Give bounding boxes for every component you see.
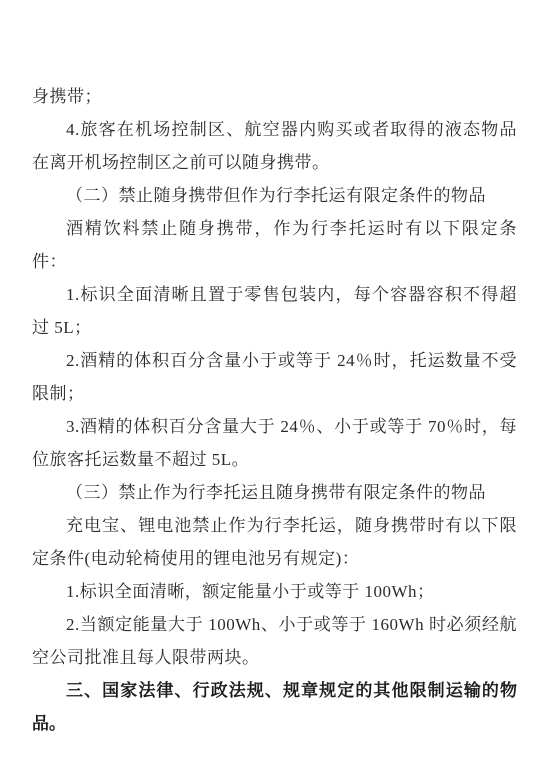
paragraph: 身携带； (32, 80, 517, 113)
document-body: 身携带；4.旅客在机场控制区、航空器内购买或者取得的液态物品在离开机场控制区之前… (32, 80, 517, 740)
paragraph: （二）禁止随身携带但作为行李托运有限定条件的物品 (32, 179, 517, 212)
paragraph: 3.酒精的体积百分含量大于 24％、小于或等于 70％时，每位旅客托运数量不超过… (32, 410, 517, 476)
paragraph: 1.标识全面清晰，额定能量小于或等于 100Wh； (32, 575, 517, 608)
paragraph: 1.标识全面清晰且置于零售包装内，每个容器容积不得超过 5L； (32, 278, 517, 344)
paragraph: （三）禁止作为行李托运且随身携带有限定条件的物品 (32, 476, 517, 509)
paragraph: 2.当额定能量大于 100Wh、小于或等于 160Wh 时必须经航空公司批准且每… (32, 608, 517, 674)
paragraph: 4.旅客在机场控制区、航空器内购买或者取得的液态物品在离开机场控制区之前可以随身… (32, 113, 517, 179)
paragraph: 充电宝、锂电池禁止作为行李托运，随身携带时有以下限定条件(电动轮椅使用的锂电池另… (32, 509, 517, 575)
section-heading: 三、国家法律、行政法规、规章规定的其他限制运输的物品。 (32, 674, 517, 740)
document-page: 身携带；4.旅客在机场控制区、航空器内购买或者取得的液态物品在离开机场控制区之前… (0, 0, 550, 763)
paragraph: 2.酒精的体积百分含量小于或等于 24％时，托运数量不受限制； (32, 344, 517, 410)
paragraph: 酒精饮料禁止随身携带，作为行李托运时有以下限定条件： (32, 212, 517, 278)
